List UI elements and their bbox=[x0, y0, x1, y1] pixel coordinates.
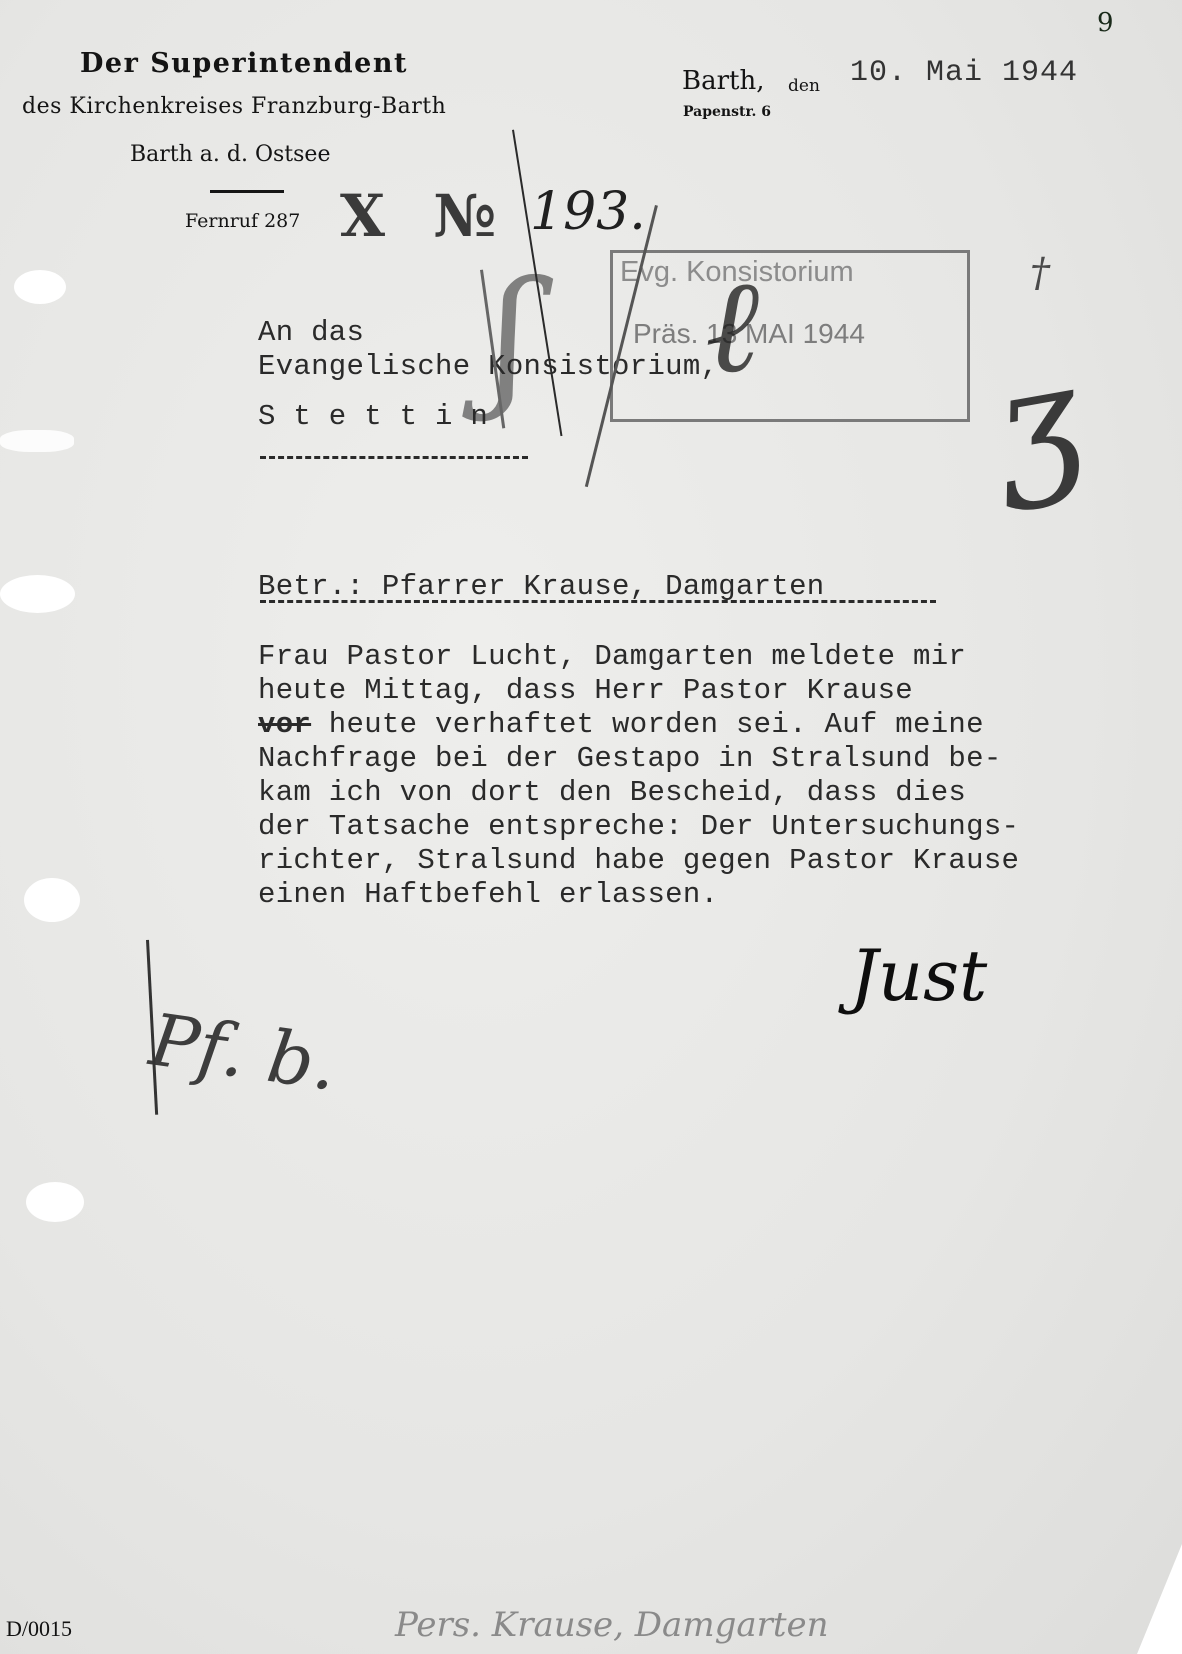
ink-paraph: ℓ bbox=[705, 250, 759, 403]
dateline-den: den bbox=[788, 76, 820, 96]
letter-date: 10. Mai 1944 bbox=[850, 56, 1078, 90]
subject-line: Betr.: Pfarrer Krause, Damgarten bbox=[258, 570, 825, 603]
punch-hole-4 bbox=[24, 878, 80, 922]
pencil-annotation: ʃ bbox=[490, 250, 531, 424]
subject-underline bbox=[260, 600, 936, 603]
side-mark-cross: † bbox=[1030, 250, 1050, 296]
punch-hole-1 bbox=[14, 270, 66, 304]
journal-number: 193. bbox=[530, 182, 646, 242]
body-line: einen Haftbefehl erlassen. bbox=[258, 878, 718, 911]
side-mark-glyph: ʒ bbox=[980, 330, 1094, 516]
punch-hole-2 bbox=[0, 430, 74, 452]
letterhead-location: Barth a. d. Ostsee bbox=[130, 142, 330, 167]
footer-pencil-note: Pers. Krause, Damgarten bbox=[395, 1605, 829, 1645]
dateline-place: Barth, bbox=[682, 66, 765, 96]
body-line: vor heute verhaftet worden sei. Auf mein… bbox=[258, 708, 984, 741]
scanned-letter-page: Der Superintendent des Kirchenkreises Fr… bbox=[0, 0, 1182, 1654]
address-underline bbox=[260, 456, 528, 459]
body-line: Frau Pastor Lucht, Damgarten meldete mir bbox=[258, 640, 966, 673]
address-line-2: Evangelische Konsistorium, bbox=[258, 350, 718, 383]
margin-initials: Pf. b. bbox=[145, 997, 342, 1106]
letterhead-title: Der Superintendent bbox=[80, 48, 408, 79]
page-number: 9 bbox=[1097, 8, 1114, 38]
punch-hole-5 bbox=[26, 1182, 84, 1222]
register-stamp: X № bbox=[340, 182, 510, 250]
body-line: richter, Stralsund habe gegen Pastor Kra… bbox=[258, 844, 1019, 877]
body-line: der Tatsache entspreche: Der Untersuchun… bbox=[258, 810, 1019, 843]
body-line: kam ich von dort den Bescheid, dass dies bbox=[258, 776, 966, 809]
punch-hole-3 bbox=[0, 575, 75, 613]
address-city: Stettin bbox=[258, 400, 506, 433]
dateline-street: Papenstr. 6 bbox=[683, 104, 771, 120]
address-line-1: An das bbox=[258, 316, 364, 349]
page-corner bbox=[1137, 1544, 1182, 1654]
archive-id: D/0015 bbox=[6, 1616, 72, 1642]
body-line: Nachfrage bei der Gestapo in Stralsund b… bbox=[258, 742, 1002, 775]
letterhead-phone: Fernruf 287 bbox=[185, 210, 300, 232]
body-line: heute Mittag, dass Herr Pastor Krause bbox=[258, 674, 913, 707]
struck-word: vor bbox=[258, 708, 311, 741]
letterhead-district: des Kirchenkreises Franzburg-Barth bbox=[22, 94, 446, 119]
signature: Just bbox=[850, 935, 987, 1017]
letterhead-divider bbox=[210, 190, 284, 193]
